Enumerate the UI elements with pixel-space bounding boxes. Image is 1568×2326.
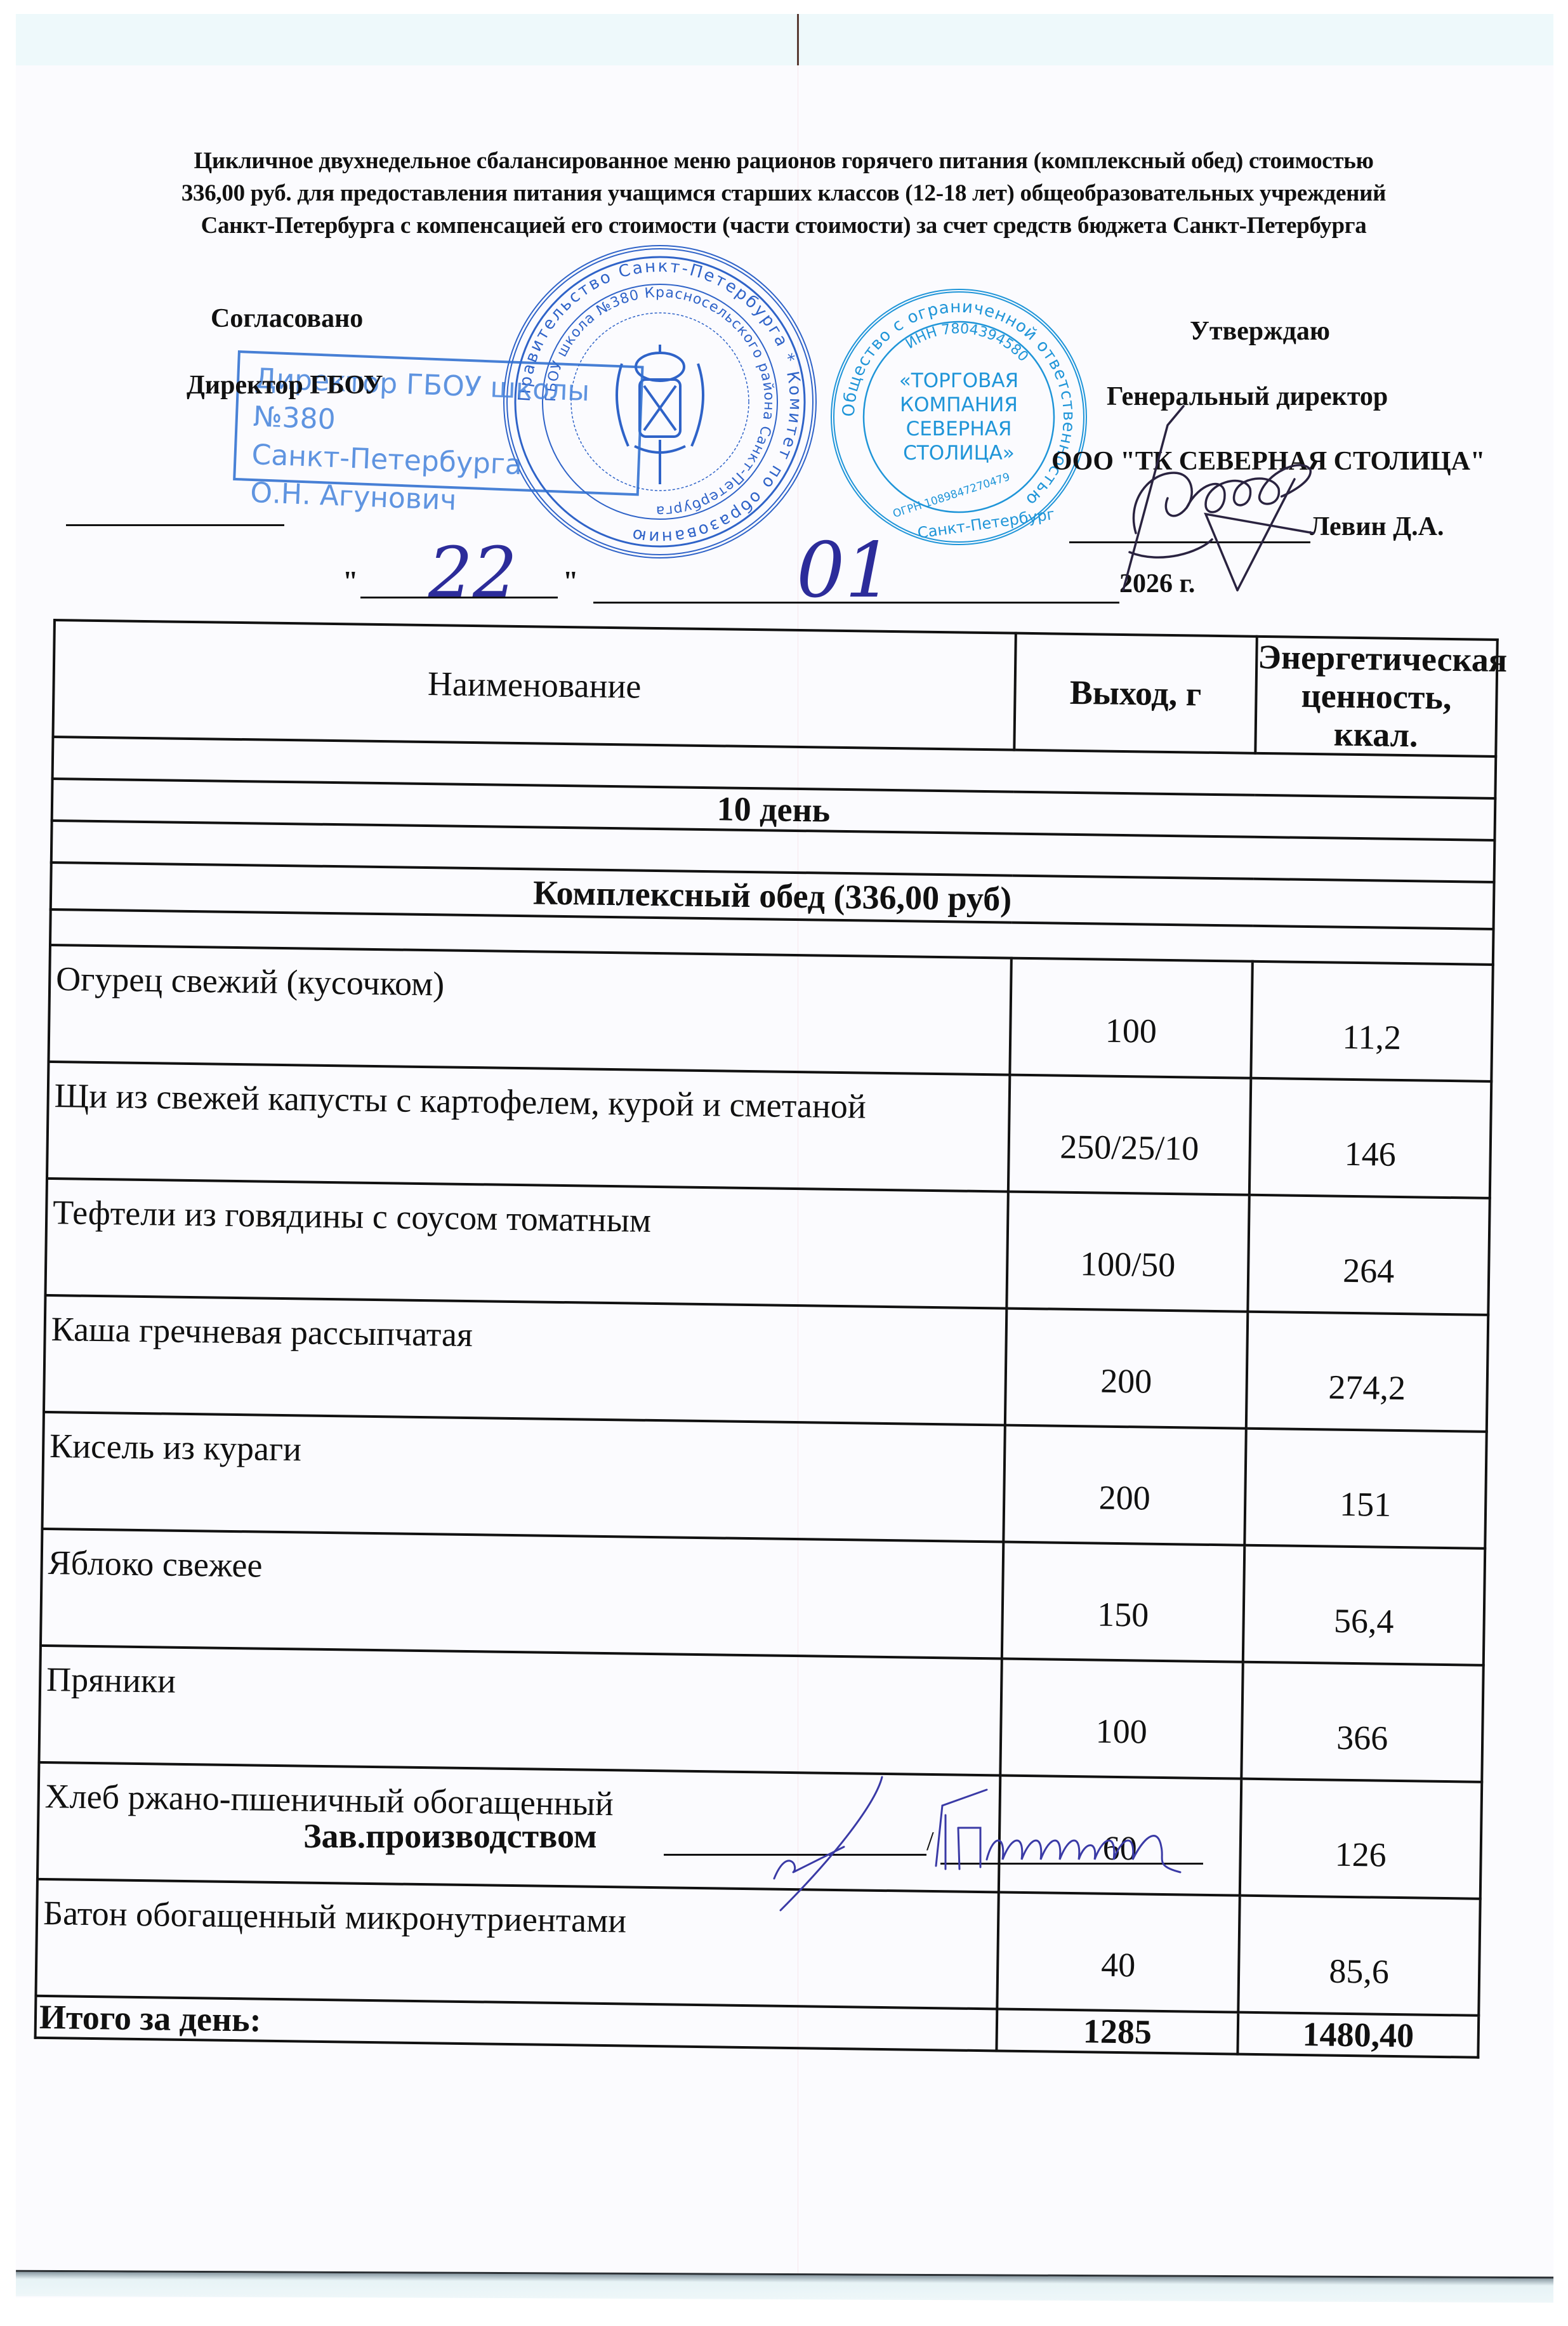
dish-name: Каша гречневая рассыпчатая — [44, 1295, 1006, 1425]
total-energy: 1480,40 — [1237, 2012, 1479, 2058]
company-round-stamp: Общество с ограниченной ответственностью… — [831, 289, 1087, 545]
header-energy: Энергетическая ценность, ккал. — [1255, 637, 1497, 757]
approve-label: Утверждаю — [1190, 316, 1330, 347]
scan-top-edge — [16, 14, 1553, 65]
dish-name: Тефтели из говядины с соусом томатным — [45, 1179, 1008, 1309]
table-row: Кисель из кураги 200 151 — [42, 1412, 1486, 1549]
table-row: Пряники 100 366 — [39, 1646, 1483, 1782]
title-line-1: Цикличное двухнедельное сбалансированное… — [76, 145, 1491, 177]
dish-output: 40 — [997, 1892, 1239, 2012]
production-manager-label: Зав.производством — [303, 1816, 597, 1856]
dish-energy: 11,2 — [1251, 961, 1492, 1081]
table-header-row: Наименование Выход, г Энергетическая цен… — [53, 620, 1497, 757]
dish-energy: 85,6 — [1238, 1896, 1480, 2016]
director-signature-icon — [1123, 406, 1352, 597]
company-stamp-line-4: СТОЛИЦА» — [883, 441, 1035, 465]
dish-name: Щи из свежей капусты с картофелем, курой… — [47, 1062, 1010, 1192]
company-stamp-line-2: КОМПАНИЯ — [883, 393, 1035, 417]
dish-energy: 366 — [1241, 1662, 1483, 1782]
dish-name: Огурец свежий (кусочком) — [48, 945, 1011, 1075]
header-name: Наименование — [53, 620, 1015, 750]
company-stamp-line-3: СЕВЕРНАЯ — [883, 417, 1035, 441]
table-row: Яблоко свежее 150 56,4 — [41, 1529, 1485, 1665]
dish-output: 200 — [1005, 1309, 1248, 1429]
dish-name: Яблоко свежее — [41, 1529, 1003, 1659]
table-row: Каша гречневая рассыпчатая 200 274,2 — [44, 1295, 1488, 1432]
dish-output: 250/25/10 — [1008, 1075, 1251, 1195]
title-line-3: Санкт-Петербурга с компенсацией его стои… — [76, 209, 1491, 242]
total-output: 1285 — [996, 2009, 1238, 2054]
dish-name: Кисель из кураги — [42, 1412, 1005, 1542]
date-day-handwritten: 22 — [428, 532, 517, 613]
table-row: Щи из свежей капусты с картофелем, курой… — [47, 1062, 1491, 1198]
table-row: Огурец свежий (кусочком) 100 11,2 — [48, 945, 1492, 1081]
approved-label: Согласовано — [211, 303, 363, 334]
dish-energy: 56,4 — [1243, 1545, 1485, 1665]
dish-energy: 146 — [1249, 1078, 1491, 1198]
dish-name: Пряники — [39, 1646, 1001, 1776]
date-close-quote: " — [563, 565, 578, 597]
dish-energy: 274,2 — [1246, 1312, 1488, 1432]
dish-output: 200 — [1003, 1425, 1246, 1545]
dish-output: 100 — [1000, 1659, 1242, 1779]
school-director-label: Директор ГБОУ — [187, 370, 383, 400]
table-row: Тефтели из говядины с соусом томатным 10… — [45, 1179, 1489, 1315]
dish-energy: 151 — [1244, 1429, 1486, 1549]
date-open-quote: " — [343, 565, 358, 597]
date-month-handwritten: 01 — [796, 527, 893, 615]
manager-signature-icon — [736, 1777, 901, 1917]
dish-output: 100 — [1010, 958, 1252, 1078]
school-signature-line — [66, 524, 284, 526]
manager-name-handwritten-icon — [933, 1790, 1269, 1872]
title-line-2: 336,00 руб. для предоставления питания у… — [76, 177, 1491, 209]
dish-energy: 264 — [1248, 1195, 1489, 1315]
dish-output: 150 — [1002, 1542, 1244, 1662]
dish-energy: 126 — [1240, 1779, 1482, 1899]
fold-mark — [797, 14, 799, 65]
company-stamp-name: «ТОРГОВАЯ КОМПАНИЯ СЕВЕРНАЯ СТОЛИЦА» — [883, 369, 1035, 465]
header-output: Выход, г — [1014, 633, 1256, 753]
dish-output: 100/50 — [1006, 1192, 1249, 1312]
document-title: Цикличное двухнедельное сбалансированное… — [76, 145, 1491, 242]
company-stamp-line-1: «ТОРГОВАЯ — [883, 369, 1035, 393]
